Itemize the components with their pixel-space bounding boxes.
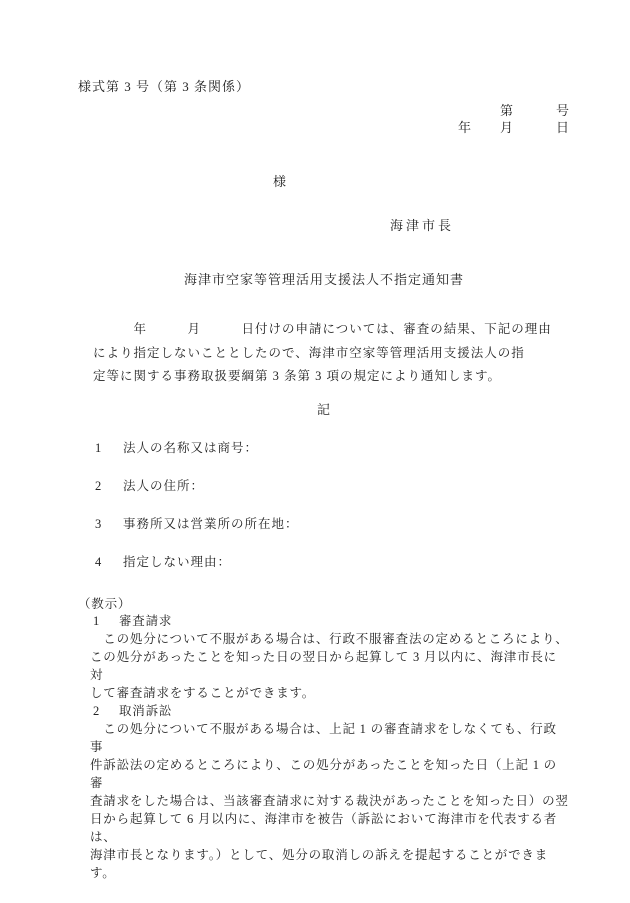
appeal-notice-section: （教示） 1審査請求 この処分について不服がある場合は、行政不服審査法の定めると…: [78, 596, 570, 882]
item-number: 3: [95, 516, 123, 532]
paragraph-line-1: 年 月 日付けの申請については、審査の結果、下記の理由: [93, 318, 570, 342]
notice-line: この処分について不服がある場合は、上記 1 の審査請求をしなくても、行政事: [90, 720, 570, 756]
notice-section-number: 2: [93, 702, 119, 720]
list-item-corporate-name: 1法人の名称又は商号：: [95, 440, 570, 456]
item-number: 4: [95, 554, 123, 570]
sender-name: 海津市長: [390, 218, 454, 233]
notice-section1-title-row: 1審査請求: [93, 612, 570, 630]
record-heading: 記: [78, 401, 570, 418]
notice-line: 海津市長となります。）として、処分の取消しの訴えを提起することができます。: [90, 846, 570, 882]
list-item-corporate-address: 2法人の住所：: [95, 478, 570, 494]
paragraph-line-3: 定等に関する事務取扱要綱第 3 条第 3 項の規定により通知します。: [93, 365, 570, 389]
item-number: 1: [95, 440, 123, 456]
notice-heading: （教示）: [78, 596, 570, 612]
item-label: 事務所又は営業所の所在地：: [123, 517, 299, 531]
doc-meta-block: 第 号 年 月 日: [78, 102, 570, 136]
sender-line: 海津市長: [78, 217, 570, 234]
item-label: 法人の住所：: [123, 479, 204, 493]
record-item-list: 1法人の名称又は商号： 2法人の住所： 3事務所又は営業所の所在地： 4指定しな…: [78, 440, 570, 570]
date-line: 年 月 日: [78, 119, 570, 136]
paragraph-line-2: により指定しないこととしたので、海津市空家等管理活用支援法人の指: [93, 342, 570, 366]
notice-section1-body: この処分について不服がある場合は、行政不服審査法の定めるところにより、 この処分…: [90, 630, 570, 702]
notice-line: 査請求をした場合は、当該審査請求に対する裁決があったことを知った日）の翌: [90, 792, 570, 810]
addressee-honorific: 様: [273, 174, 287, 189]
notice-section-title: 取消訴訟: [119, 704, 172, 718]
notice-line: この処分があったことを知った日の翌日から起算して 3 月以内に、海津市長に対: [90, 648, 570, 684]
doc-number-line: 第 号: [78, 102, 570, 119]
notice-section2-body: この処分について不服がある場合は、上記 1 の審査請求をしなくても、行政事 件訴…: [90, 720, 570, 882]
addressee-line: 様: [78, 173, 570, 190]
list-item-office-location: 3事務所又は営業所の所在地：: [95, 516, 570, 532]
notice-line: 件訴訟法の定めるところにより、この処分があったことを知った日（上記 1 の審: [90, 756, 570, 792]
item-label: 法人の名称又は商号：: [123, 441, 258, 455]
item-number: 2: [95, 478, 123, 494]
form-number-label: 様式第 3 号（第 3 条関係）: [78, 78, 570, 95]
notice-line: この処分について不服がある場合は、行政不服審査法の定めるところにより、: [90, 630, 570, 648]
document-page: 様式第 3 号（第 3 条関係） 第 号 年 月 日 様 海津市長 海津市空家等…: [0, 0, 630, 903]
notice-section-title: 審査請求: [119, 614, 172, 628]
notice-section-number: 1: [93, 612, 119, 630]
notice-line: して審査請求をすることができます。: [90, 684, 570, 702]
notice-line: 日から起算して 6 月以内に、海津市を被告（訴訟において海津市を代表する者は、: [90, 810, 570, 846]
list-item-refusal-reason: 4指定しない理由：: [95, 554, 570, 570]
main-paragraph: 年 月 日付けの申請については、審査の結果、下記の理由 により指定しないこととし…: [93, 318, 570, 389]
notice-section2-title-row: 2取消訴訟: [93, 702, 570, 720]
item-label: 指定しない理由：: [123, 555, 231, 569]
document-title: 海津市空家等管理活用支援法人不指定通知書: [78, 271, 570, 288]
